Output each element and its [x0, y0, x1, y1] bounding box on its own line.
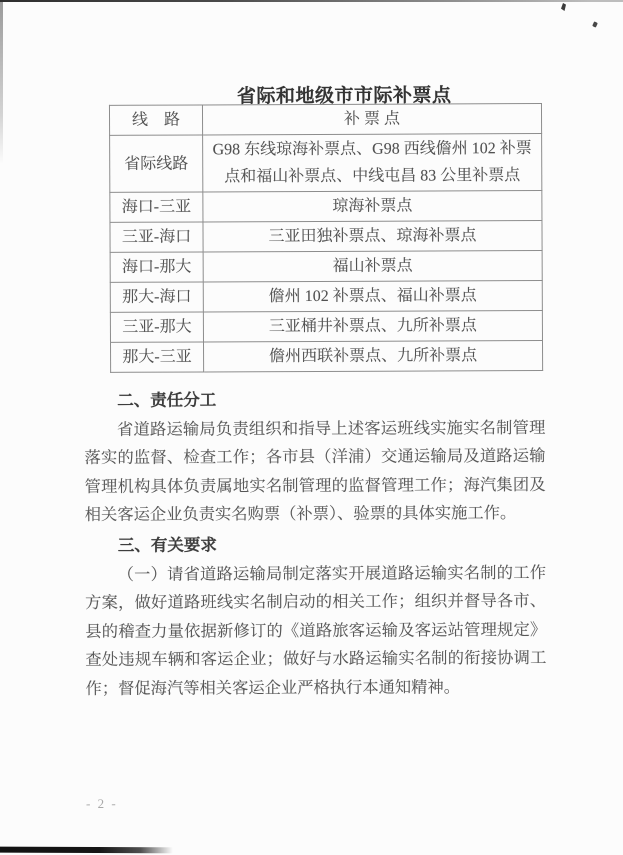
route-cell: 海口-三亚 — [110, 192, 203, 222]
points-cell: 三亚桶井补票点、九所补票点 — [203, 310, 542, 341]
table-row: 三亚-海口 三亚田独补票点、琼海补票点 — [110, 220, 542, 252]
table-row: 海口-那大 福山补票点 — [110, 250, 542, 282]
route-cell: 三亚-那大 — [110, 312, 203, 342]
document-body: 二、责任分工 省道路运输局负责组织和指导上述客运班线实施实名制管理落实的监督、检… — [84, 385, 546, 704]
table-row: 那大-三亚 儋州西联补票点、九所补票点 — [110, 340, 542, 372]
table-header-row: 线 路 补 票 点 — [109, 103, 541, 135]
points-cell: 儋州西联补票点、九所补票点 — [203, 340, 542, 371]
body-paragraph: 省道路运输局负责组织和指导上述客运班线实施实名制管理落实的监督、检查工作；各市县… — [84, 414, 545, 530]
page-content: 省际和地级市市际补票点 线 路 补 票 点 省际线路 G98 东线琼海补票点、G… — [0, 0, 623, 855]
table-row: 那大-海口 儋州 102 补票点、福山补票点 — [110, 280, 542, 312]
table-row: 三亚-那大 三亚桶井补票点、九所补票点 — [110, 310, 542, 342]
route-cell: 那大-海口 — [110, 282, 203, 312]
route-cell: 海口-那大 — [110, 252, 203, 282]
page-number: - 2 - — [86, 796, 118, 812]
document-section: 二、责任分工 省道路运输局负责组织和指导上述客运班线实施实名制管理落实的监督、检… — [84, 385, 546, 530]
table-row: 省际线路 G98 东线琼海补票点、G98 西线儋州 102 补票点和福山补票点、… — [110, 133, 542, 192]
supplementary-ticket-table: 线 路 补 票 点 省际线路 G98 东线琼海补票点、G98 西线儋州 102 … — [109, 103, 543, 373]
points-cell: 琼海补票点 — [203, 190, 542, 221]
table-row: 海口-三亚 琼海补票点 — [110, 190, 542, 222]
points-cell: 儋州 102 补票点、福山补票点 — [203, 280, 542, 311]
document-section: 三、有关要求 （一）请省道路运输局制定落实开展道路运输实名制的工作方案，做好道路… — [85, 530, 547, 704]
route-cell: 三亚-海口 — [110, 222, 203, 252]
section-heading: 三、有关要求 — [85, 530, 546, 561]
route-cell: 那大-三亚 — [110, 342, 203, 372]
ticket-table-body: 省际线路 G98 东线琼海补票点、G98 西线儋州 102 补票点和福山补票点、… — [110, 133, 543, 372]
points-cell: G98 东线琼海补票点、G98 西线儋州 102 补票点和福山补票点、中线屯昌 … — [203, 133, 542, 191]
section-heading: 二、责任分工 — [84, 385, 545, 416]
points-cell: 三亚田独补票点、琼海补票点 — [203, 220, 542, 251]
col-header-points: 补 票 点 — [202, 103, 541, 134]
scanned-page: 省际和地级市市际补票点 线 路 补 票 点 省际线路 G98 东线琼海补票点、G… — [0, 0, 623, 855]
col-header-route: 线 路 — [109, 105, 202, 135]
body-paragraph: （一）请省道路运输局制定落实开展道路运输实名制的工作方案，做好道路班线实名制启动… — [85, 559, 547, 704]
route-cell: 省际线路 — [110, 135, 203, 192]
points-cell: 福山补票点 — [203, 250, 542, 281]
